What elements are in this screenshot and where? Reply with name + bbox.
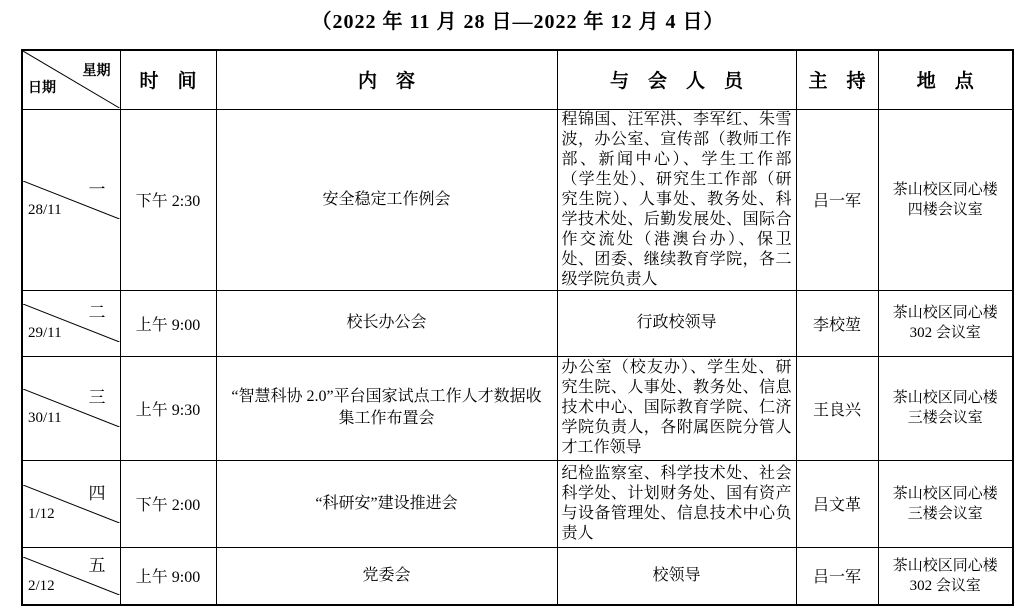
- content-cell: “智慧科协 2.0”平台国家试点工作人才数据收集工作布置会: [216, 356, 557, 460]
- host-cell: 吕文革: [796, 460, 878, 547]
- attendees-cell: 行政校领导: [557, 290, 796, 356]
- attendees-cell: 办公室（校友办）、学生处、研究生院、人事处、教务处、信息技术中心、国际教育学院、…: [557, 356, 796, 460]
- document-page: （2022 年 11 月 28 日—2022 年 12 月 4 日） 星期 日期…: [0, 0, 1036, 616]
- location-cell: 茶山校区同心楼302 会议室: [878, 547, 1013, 605]
- diagonal-line: [23, 485, 120, 523]
- table-row: 五 2/12 上午 9:00 党委会 校领导 吕一军 茶山校区同心楼302 会议…: [22, 547, 1013, 605]
- table-row: 四 1/12 下午 2:00 “科研安”建设推进会 纪检监察室、科学技术处、社会…: [22, 460, 1013, 547]
- attendees-cell: 校领导: [557, 547, 796, 605]
- diagonal-line: [23, 304, 120, 342]
- attendees-cell: 程锦国、汪军洪、李军红、朱雪波，办公室、宣传部（教师工作部、新闻中心）、学生工作…: [557, 109, 796, 290]
- weekly-schedule-table: 星期 日期 时 间 内 容 与 会 人 员 主 持 地 点 一 28/11: [21, 49, 1014, 606]
- date-weekday-cell: 四 1/12: [22, 460, 120, 547]
- header-host: 主 持: [796, 50, 878, 109]
- time-cell: 下午 2:00: [120, 460, 216, 547]
- table-row: 三 30/11 上午 9:30 “智慧科协 2.0”平台国家试点工作人才数据收集…: [22, 356, 1013, 460]
- header-content: 内 容: [216, 50, 557, 109]
- table-row: 一 28/11 下午 2:30 安全稳定工作例会 程锦国、汪军洪、李军红、朱雪波…: [22, 109, 1013, 290]
- time-cell: 下午 2:30: [120, 109, 216, 290]
- table-row: 二 29/11 上午 9:00 校长办公会 行政校领导 李校堃 茶山校区同心楼3…: [22, 290, 1013, 356]
- diagonal-line: [23, 181, 120, 219]
- attendees-cell: 纪检监察室、科学技术处、社会科学处、计划财务处、国有资产与设备管理处、信息技术中…: [557, 460, 796, 547]
- content-cell: 党委会: [216, 547, 557, 605]
- content-cell: 安全稳定工作例会: [216, 109, 557, 290]
- date-weekday-cell: 五 2/12: [22, 547, 120, 605]
- date-weekday-cell: 三 30/11: [22, 356, 120, 460]
- time-cell: 上午 9:00: [120, 547, 216, 605]
- host-cell: 王良兴: [796, 356, 878, 460]
- page-title: （2022 年 11 月 28 日—2022 年 12 月 4 日）: [0, 0, 1036, 34]
- header-time: 时 间: [120, 50, 216, 109]
- host-cell: 吕一军: [796, 547, 878, 605]
- date-weekday-cell: 一 28/11: [22, 109, 120, 290]
- host-cell: 李校堃: [796, 290, 878, 356]
- header-corner-cell: 星期 日期: [22, 50, 120, 109]
- diagonal-line: [23, 51, 120, 108]
- location-cell: 茶山校区同心楼三楼会议室: [878, 356, 1013, 460]
- content-cell: “科研安”建设推进会: [216, 460, 557, 547]
- date-weekday-cell: 二 29/11: [22, 290, 120, 356]
- content-cell: 校长办公会: [216, 290, 557, 356]
- diagonal-line: [23, 557, 120, 595]
- location-cell: 茶山校区同心楼302 会议室: [878, 290, 1013, 356]
- header-attendees: 与 会 人 员: [557, 50, 796, 109]
- diagonal-line: [23, 389, 120, 427]
- time-cell: 上午 9:30: [120, 356, 216, 460]
- time-cell: 上午 9:00: [120, 290, 216, 356]
- location-cell: 茶山校区同心楼三楼会议室: [878, 460, 1013, 547]
- header-location: 地 点: [878, 50, 1013, 109]
- location-cell: 茶山校区同心楼四楼会议室: [878, 109, 1013, 290]
- table-header-row: 星期 日期 时 间 内 容 与 会 人 员 主 持 地 点: [22, 50, 1013, 109]
- host-cell: 吕一军: [796, 109, 878, 290]
